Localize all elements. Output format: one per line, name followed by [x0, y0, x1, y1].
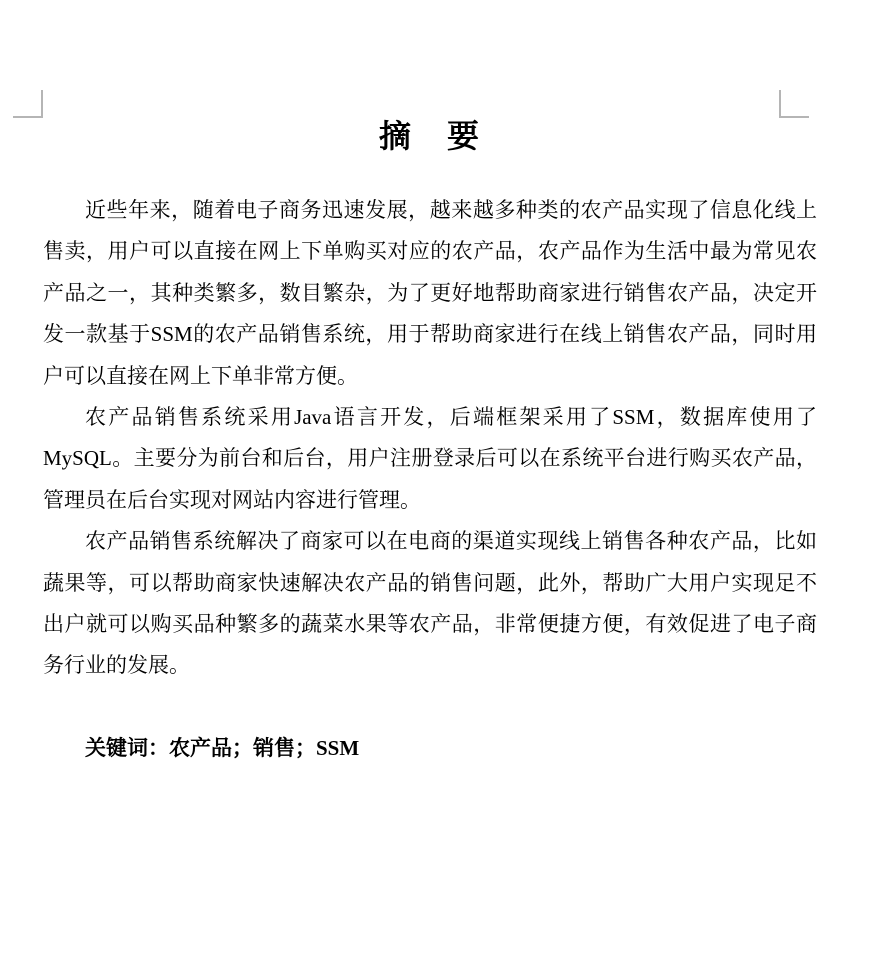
- abstract-title: 摘 要: [43, 116, 817, 156]
- abstract-paragraph-1: 近些年来，随着电子商务迅速发展，越来越多种类的农产品实现了信息化线上售卖，用户可…: [43, 190, 817, 397]
- abstract-paragraph-3: 农产品销售系统解决了商家可以在电商的渠道实现线上销售各种农产品，比如蔬果等，可以…: [43, 521, 817, 687]
- keywords-line: 关键词：农产品；销售；SSM: [43, 728, 817, 769]
- abstract-paragraph-2: 农产品销售系统采用Java语言开发，后端框架采用了SSM，数据库使用了MySQL…: [43, 397, 817, 521]
- text-boundary-mark-top-right-icon: [779, 90, 809, 118]
- document-page: 摘 要 近些年来，随着电子商务迅速发展，越来越多种类的农产品实现了信息化线上售卖…: [0, 0, 881, 975]
- abstract-body: 近些年来，随着电子商务迅速发展，越来越多种类的农产品实现了信息化线上售卖，用户可…: [43, 190, 817, 770]
- text-boundary-mark-top-left-icon: [13, 90, 43, 118]
